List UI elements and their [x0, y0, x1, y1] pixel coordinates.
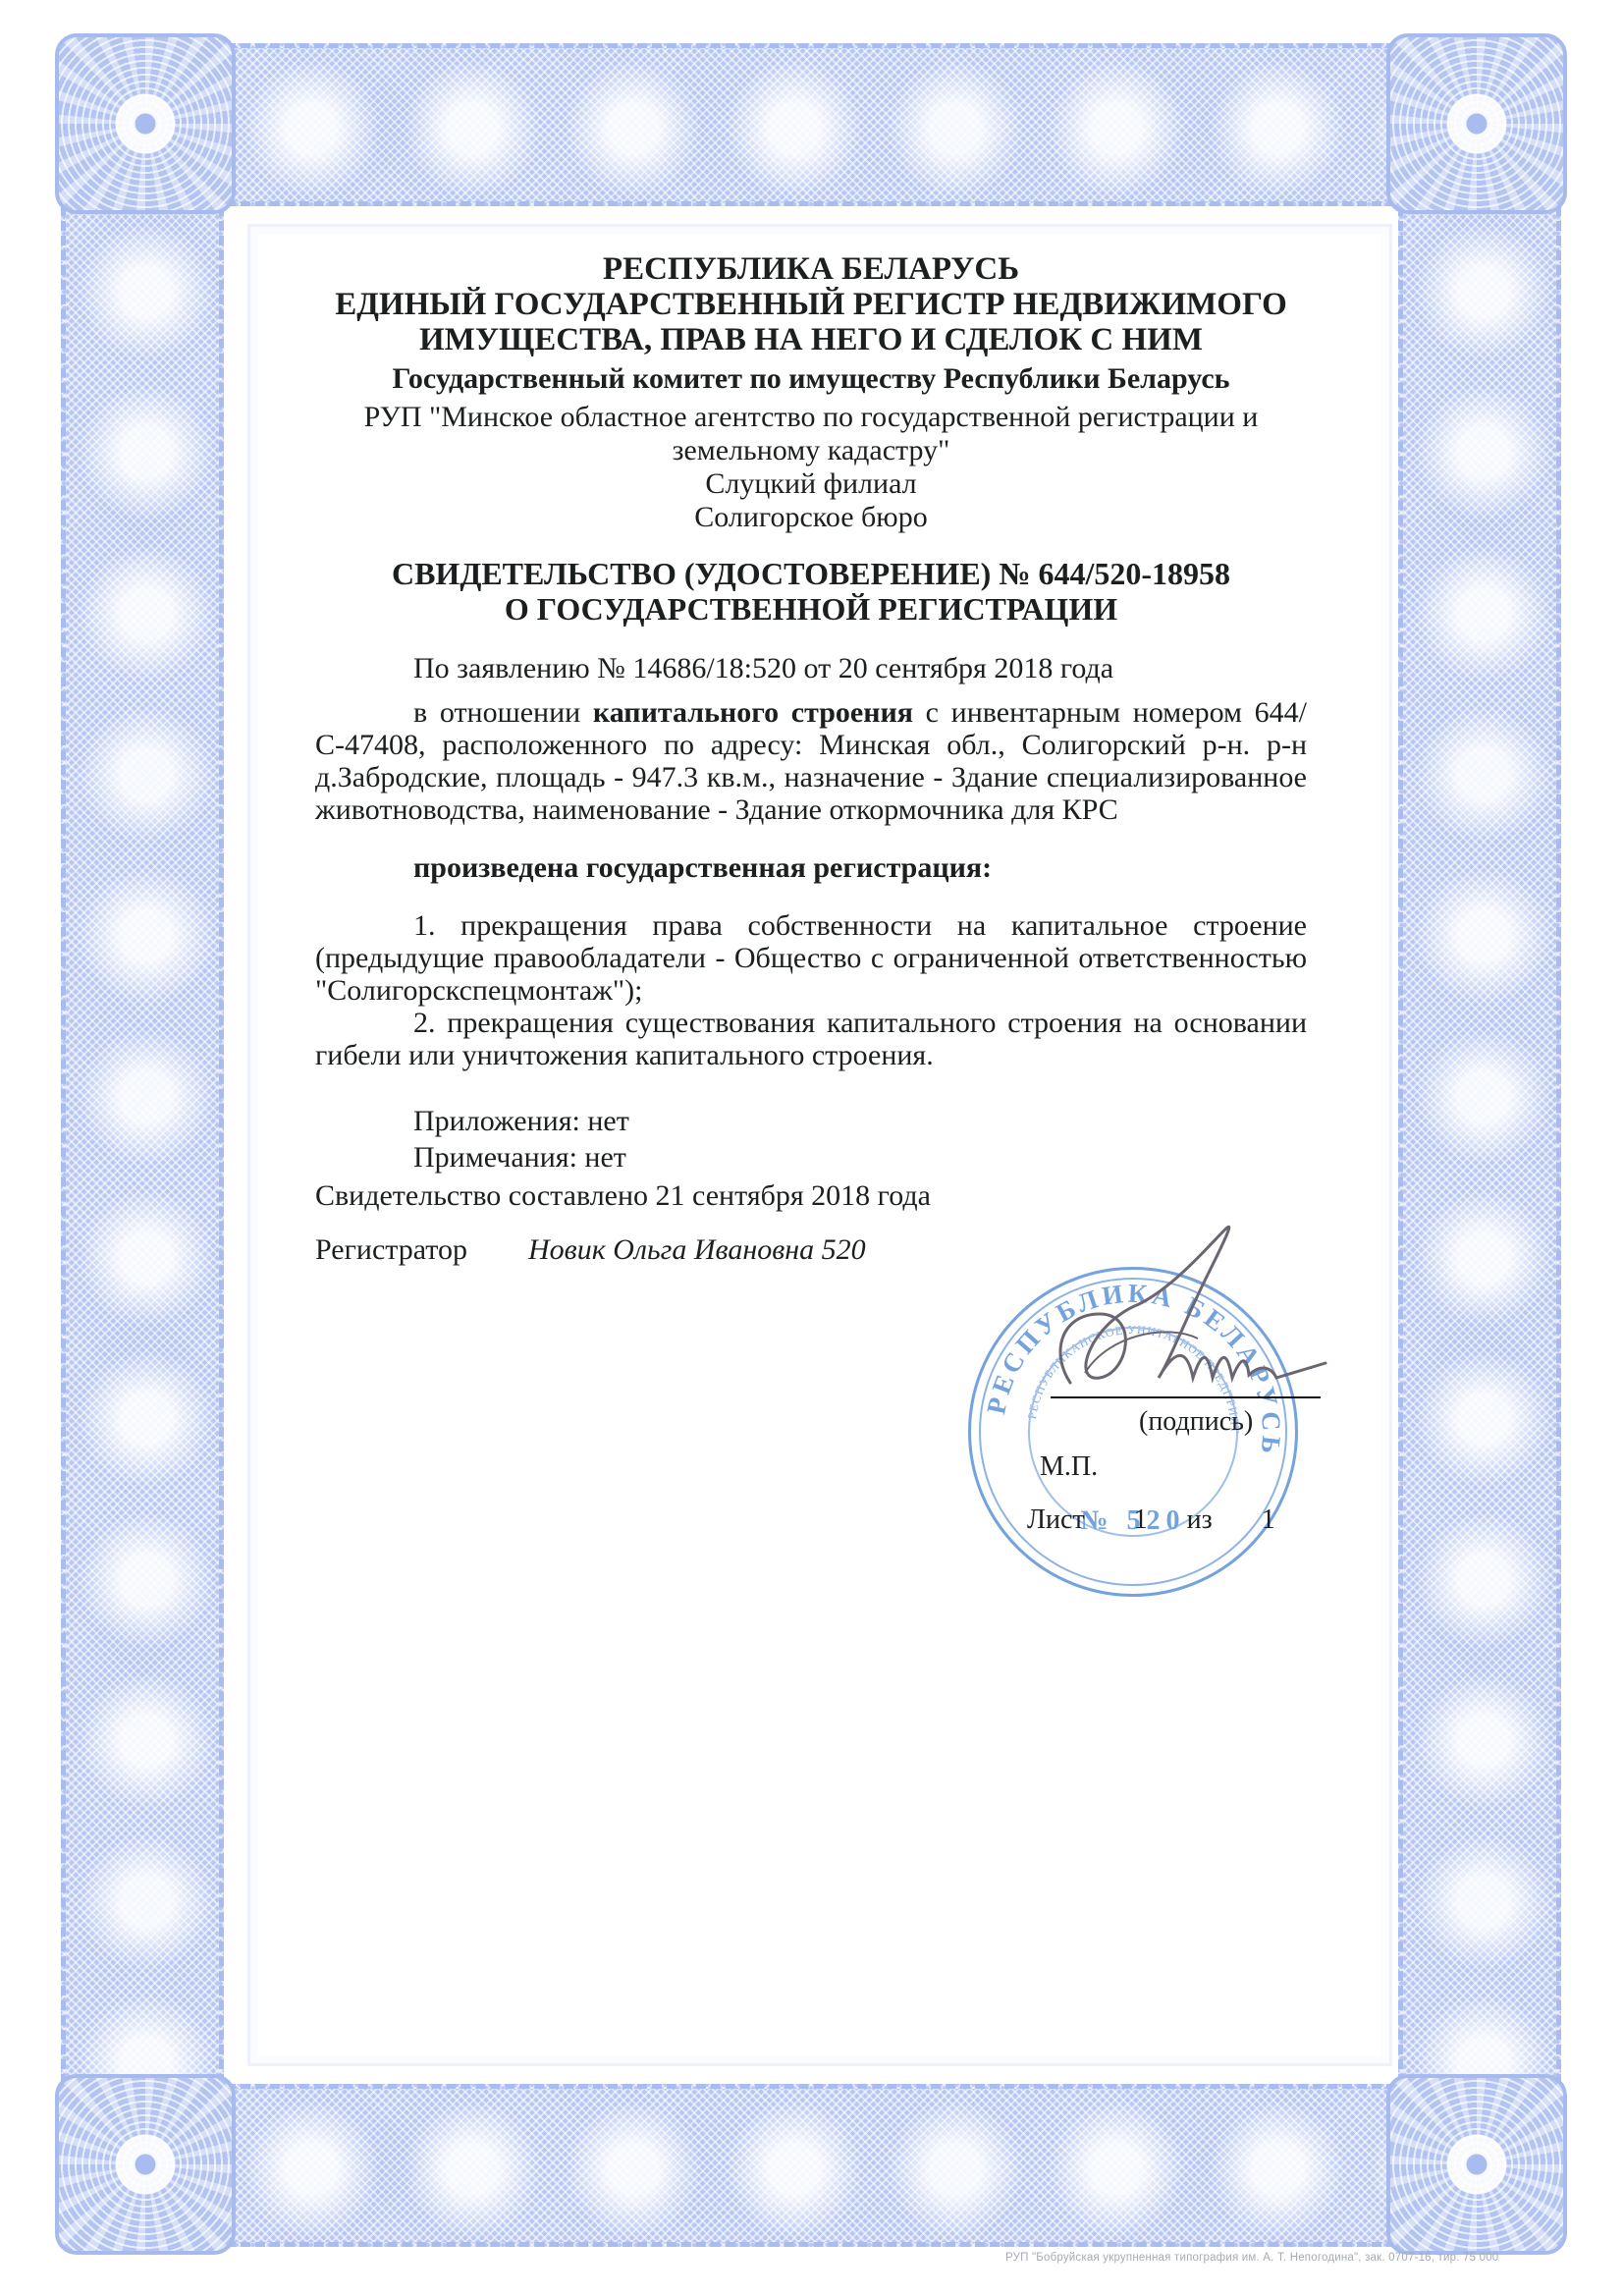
signature-line — [1051, 1396, 1321, 1398]
rosette-corner-icon — [55, 33, 236, 214]
registrar-label: Регистратор — [315, 1233, 467, 1267]
ornamental-border-bottom — [226, 2084, 1396, 2247]
object-type: капитального строения — [593, 696, 913, 729]
ornamental-border-top — [226, 43, 1396, 206]
branch-name: Слуцкий филиал — [315, 467, 1307, 501]
notes-line: Примечания: нет — [315, 1141, 1307, 1174]
document-header: РЕСПУБЛИКА БЕЛАРУСЬ ЕДИНЫЙ ГОСУДАРСТВЕНН… — [315, 251, 1307, 534]
registrar-name: Новик Ольга Ивановна 520 — [528, 1233, 866, 1267]
certificate-subtitle: О ГОСУДАРСТВЕННОЙ РЕГИСТРАЦИИ — [315, 591, 1307, 627]
sheet-number: 1 — [1134, 1504, 1148, 1536]
sheet-total: 1 — [1262, 1504, 1275, 1536]
certificate-body: РЕСПУБЛИКА БЕЛАРУСЬ ЕДИНЫЙ ГОСУДАРСТВЕНН… — [315, 251, 1307, 1267]
certificate-title: СВИДЕТЕЛЬСТВО (УДОСТОВЕРЕНИЕ) № 644/520-… — [315, 556, 1307, 627]
certificate-number: СВИДЕТЕЛЬСТВО (УДОСТОВЕРЕНИЕ) № 644/520-… — [315, 556, 1307, 591]
agency-name-line2: земельному кадастру" — [315, 434, 1307, 467]
registration-item-1: 1. прекращения права собственности на ка… — [315, 909, 1307, 1007]
object-description: в отношении капитального строения с инве… — [315, 696, 1307, 826]
bureau-name: Солигорское бюро — [315, 501, 1307, 534]
country-heading: РЕСПУБЛИКА БЕЛАРУСЬ — [315, 251, 1307, 287]
agency-name-line1: РУП "Минское областное агентство по госу… — [315, 401, 1307, 434]
registration-item-2: 2. прекращения существования капитальног… — [315, 1007, 1307, 1071]
sheet-label: Лист — [1027, 1504, 1085, 1536]
rosette-corner-icon — [1386, 2074, 1567, 2255]
ornamental-border-right — [1398, 206, 1561, 2084]
rosette-corner-icon — [1386, 33, 1567, 214]
printer-imprint: РУП "Бобруйская укрупненная типография и… — [1005, 2252, 1498, 2264]
sheet-counter: Лист1из1 — [1027, 1504, 1275, 1536]
attachments-line: Приложения: нет — [315, 1105, 1307, 1137]
seal-label: М.П. — [1040, 1451, 1098, 1483]
registration-heading: произведена государственная регистрация: — [315, 851, 1307, 884]
sheet-of: из — [1187, 1504, 1213, 1536]
issue-date-line: Свидетельство составлено 21 сентября 201… — [315, 1179, 1307, 1212]
signature-caption: (подпись) — [1139, 1406, 1253, 1438]
ornamental-border-left — [61, 206, 224, 2084]
register-heading-line1: ЕДИНЫЙ ГОСУДАРСТВЕННЫЙ РЕГИСТР НЕДВИЖИМО… — [315, 287, 1307, 322]
register-heading-line2: ИМУЩЕСТВА, ПРАВ НА НЕГО И СДЕЛОК С НИМ — [315, 322, 1307, 357]
rosette-corner-icon — [55, 2074, 236, 2255]
committee-name: Государственный комитет по имуществу Рес… — [315, 361, 1307, 397]
handwritten-signature-icon — [1031, 1216, 1345, 1412]
application-line: По заявлению № 14686/18:520 от 20 сентяб… — [315, 652, 1307, 684]
